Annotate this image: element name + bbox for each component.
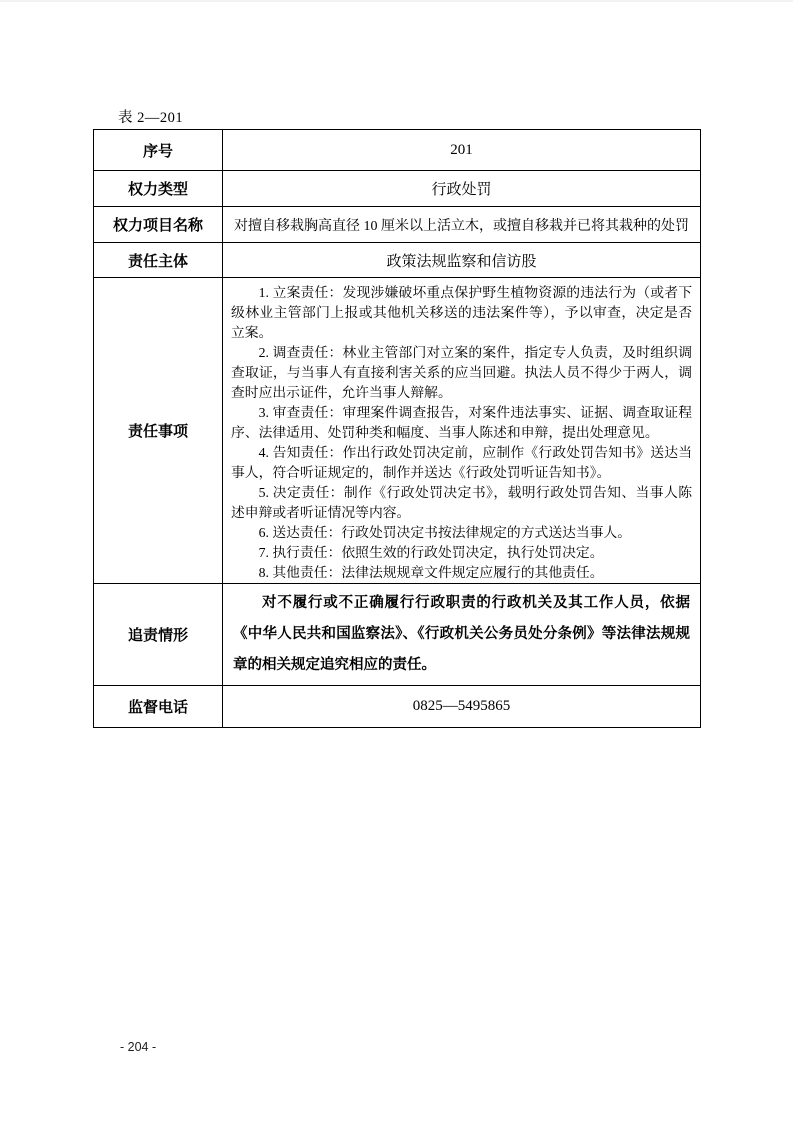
table-row: 序号 201 bbox=[94, 130, 701, 171]
cell-power-item-name-value: 对擅自移栽胸高直径 10 厘米以上活立木，或擅自移栽并已将其栽种的处罚 bbox=[223, 207, 701, 243]
duty-item-other: 8. 其他责任：法律法规规章文件规定应履行的其他责任。 bbox=[231, 563, 692, 583]
cell-accountability-situations: 对不履行或不正确履行行政职责的行政机关及其工作人员，依据《中华人民共和国监察法》… bbox=[223, 584, 701, 686]
cell-power-type-value: 行政处罚 bbox=[223, 171, 701, 207]
duty-item-review: 3. 审查责任：审理案件调查报告，对案件违法事实、证据、调查取证程序、法律适用、… bbox=[231, 403, 692, 443]
row-label-power-type: 权力类型 bbox=[94, 171, 223, 207]
duty-item-filing: 1. 立案责任：发现涉嫌破坏重点保护野生植物资源的违法行为（或者下级林业主管部门… bbox=[231, 283, 692, 343]
row-label-accountability-situations: 追责情形 bbox=[94, 584, 223, 686]
table-row: 权力类型 行政处罚 bbox=[94, 171, 701, 207]
row-label-responsibility-items: 责任事项 bbox=[94, 278, 223, 584]
table-row: 追责情形 对不履行或不正确履行行政职责的行政机关及其工作人员，依据《中华人民共和… bbox=[94, 584, 701, 686]
cell-responsibility-items: 1. 立案责任：发现涉嫌破坏重点保护野生植物资源的违法行为（或者下级林业主管部门… bbox=[223, 278, 701, 584]
table-row: 监督电话 0825—5495865 bbox=[94, 686, 701, 728]
duty-item-investigation: 2. 调查责任：林业主管部门对立案的案件，指定专人负责，及时组织调查取证，与当事… bbox=[231, 343, 692, 403]
cell-supervision-phone-value: 0825—5495865 bbox=[223, 686, 701, 728]
accountability-text: 对不履行或不正确履行行政职责的行政机关及其工作人员，依据《中华人民共和国监察法》… bbox=[233, 588, 690, 681]
table-row: 责任主体 政策法规监察和信访股 bbox=[94, 243, 701, 278]
row-label-serial-number: 序号 bbox=[94, 130, 223, 171]
duty-item-decision: 5. 决定责任：制作《行政处罚决定书》，载明行政处罚告知、当事人陈述申辩或者听证… bbox=[231, 483, 692, 523]
page-number: - 204 - bbox=[120, 1040, 156, 1054]
table-caption: 表 2—201 bbox=[118, 106, 183, 127]
row-label-responsible-entity: 责任主体 bbox=[94, 243, 223, 278]
duty-item-execution: 7. 执行责任：依照生效的行政处罚决定，执行处罚决定。 bbox=[231, 543, 692, 563]
cell-serial-number-value: 201 bbox=[223, 130, 701, 171]
table-row: 权力项目名称 对擅自移栽胸高直径 10 厘米以上活立木，或擅自移栽并已将其栽种的… bbox=[94, 207, 701, 243]
row-label-power-item-name: 权力项目名称 bbox=[94, 207, 223, 243]
responsibility-table: 序号 201 权力类型 行政处罚 权力项目名称 对擅自移栽胸高直径 10 厘米以… bbox=[93, 129, 701, 728]
cell-responsible-entity-value: 政策法规监察和信访股 bbox=[223, 243, 701, 278]
duty-item-delivery: 6. 送达责任：行政处罚决定书按法律规定的方式送达当事人。 bbox=[231, 523, 692, 543]
row-label-supervision-phone: 监督电话 bbox=[94, 686, 223, 728]
duty-item-notification: 4. 告知责任：作出行政处罚决定前，应制作《行政处罚告知书》送达当事人，符合听证… bbox=[231, 443, 692, 483]
table-row: 责任事项 1. 立案责任：发现涉嫌破坏重点保护野生植物资源的违法行为（或者下级林… bbox=[94, 278, 701, 584]
page-top-edge bbox=[0, 0, 793, 2]
